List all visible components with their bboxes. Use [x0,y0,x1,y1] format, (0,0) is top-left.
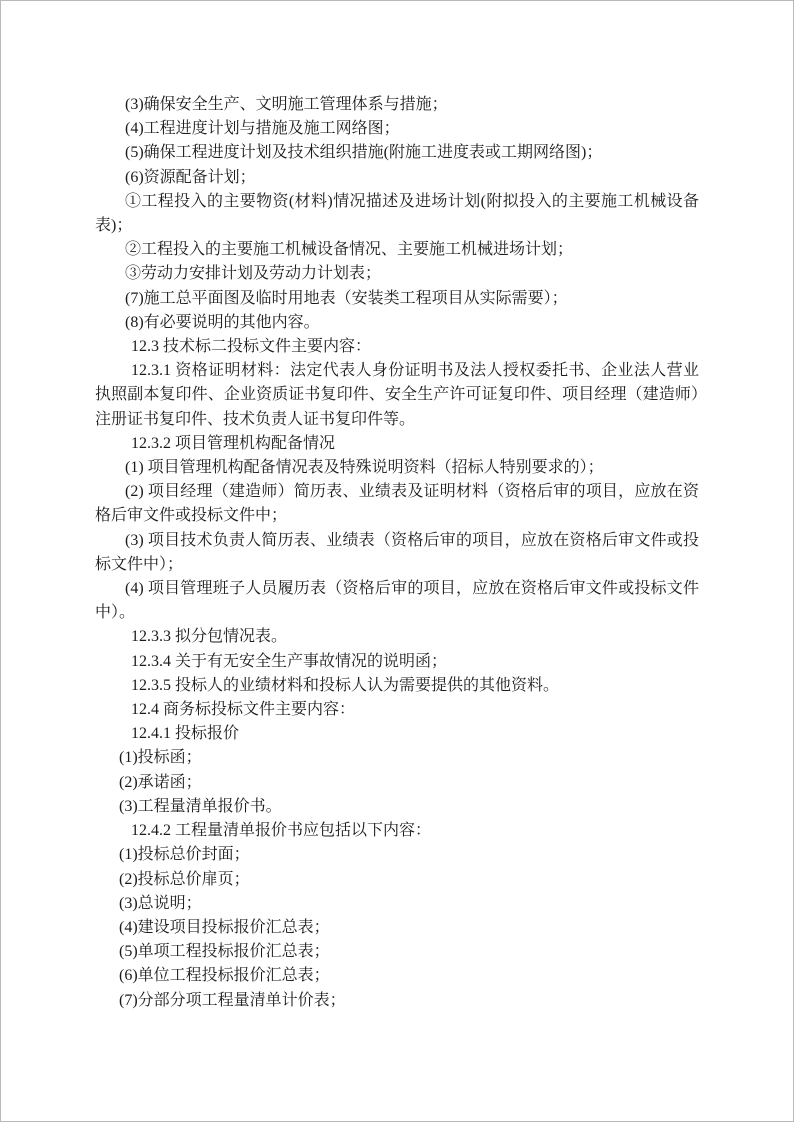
paragraph: ③劳动力安排计划及劳动力计划表； [95,262,699,286]
paragraph: (3)确保安全生产、文明施工管理体系与措施； [95,93,699,117]
paragraph: (6)资源配备计划； [95,166,699,190]
paragraph: (1)投标函； [95,746,699,770]
paragraph: (7)施工总平面图及临时用地表（安装类工程项目从实际需要）； [95,287,699,311]
paragraph: (5)单项工程投标报价汇总表； [95,940,699,964]
document-page: (3)确保安全生产、文明施工管理体系与措施；(4)工程进度计划与措施及施工网络图… [0,0,794,1122]
paragraph: (4)建设项目投标报价汇总表； [95,916,699,940]
paragraph: 12.3.3 拟分包情况表。 [95,625,699,649]
paragraph: 12.3.2 项目管理机构配备情况 [95,432,699,456]
paragraph: (4)工程进度计划与措施及施工网络图； [95,117,699,141]
paragraph: (6)单位工程投标报价汇总表； [95,964,699,988]
paragraph: (3)工程量清单报价书。 [95,795,699,819]
paragraph: (2)承诺函； [95,771,699,795]
paragraph: (4) 项目管理班子人员履历表（资格后审的项目，应放在资格后审文件或投标文件中）… [95,577,699,625]
paragraph: (8)有必要说明的其他内容。 [95,311,699,335]
paragraph: (2) 项目经理（建造师）简历表、业绩表及证明材料（资格后审的项目，应放在资格后… [95,480,699,528]
paragraph: (1) 项目管理机构配备情况表及特殊说明资料（招标人特别要求的）； [95,456,699,480]
paragraph: (3) 项目技术负责人简历表、业绩表（资格后审的项目，应放在资格后审文件或投标文… [95,529,699,577]
paragraph: (7)分部分项工程量清单计价表； [95,989,699,1013]
paragraph: 12.4.2 工程量清单报价书应包括以下内容： [95,819,699,843]
paragraph: 12.3.1 资格证明材料：法定代表人身份证明书及法人授权委托书、企业法人营业执… [95,359,699,432]
paragraph: ①工程投入的主要物资(材料)情况描述及进场计划(附拟投入的主要施工机械设备表)； [95,190,699,238]
paragraph: (3)总说明； [95,892,699,916]
document-body: (3)确保安全生产、文明施工管理体系与措施；(4)工程进度计划与措施及施工网络图… [95,93,699,1013]
paragraph: 12.4.1 投标报价 [95,722,699,746]
paragraph: (1)投标总价封面； [95,843,699,867]
paragraph: (2)投标总价扉页； [95,868,699,892]
paragraph: 12.3.5 投标人的业绩材料和投标人认为需要提供的其他资料。 [95,674,699,698]
paragraph: 12.4 商务标投标文件主要内容： [95,698,699,722]
paragraph: 12.3 技术标二投标文件主要内容： [95,335,699,359]
paragraph: (5)确保工程进度计划及技术组织措施(附施工进度表或工期网络图)； [95,141,699,165]
paragraph: ②工程投入的主要施工机械设备情况、主要施工机械进场计划； [95,238,699,262]
paragraph: 12.3.4 关于有无安全生产事故情况的说明函； [95,650,699,674]
